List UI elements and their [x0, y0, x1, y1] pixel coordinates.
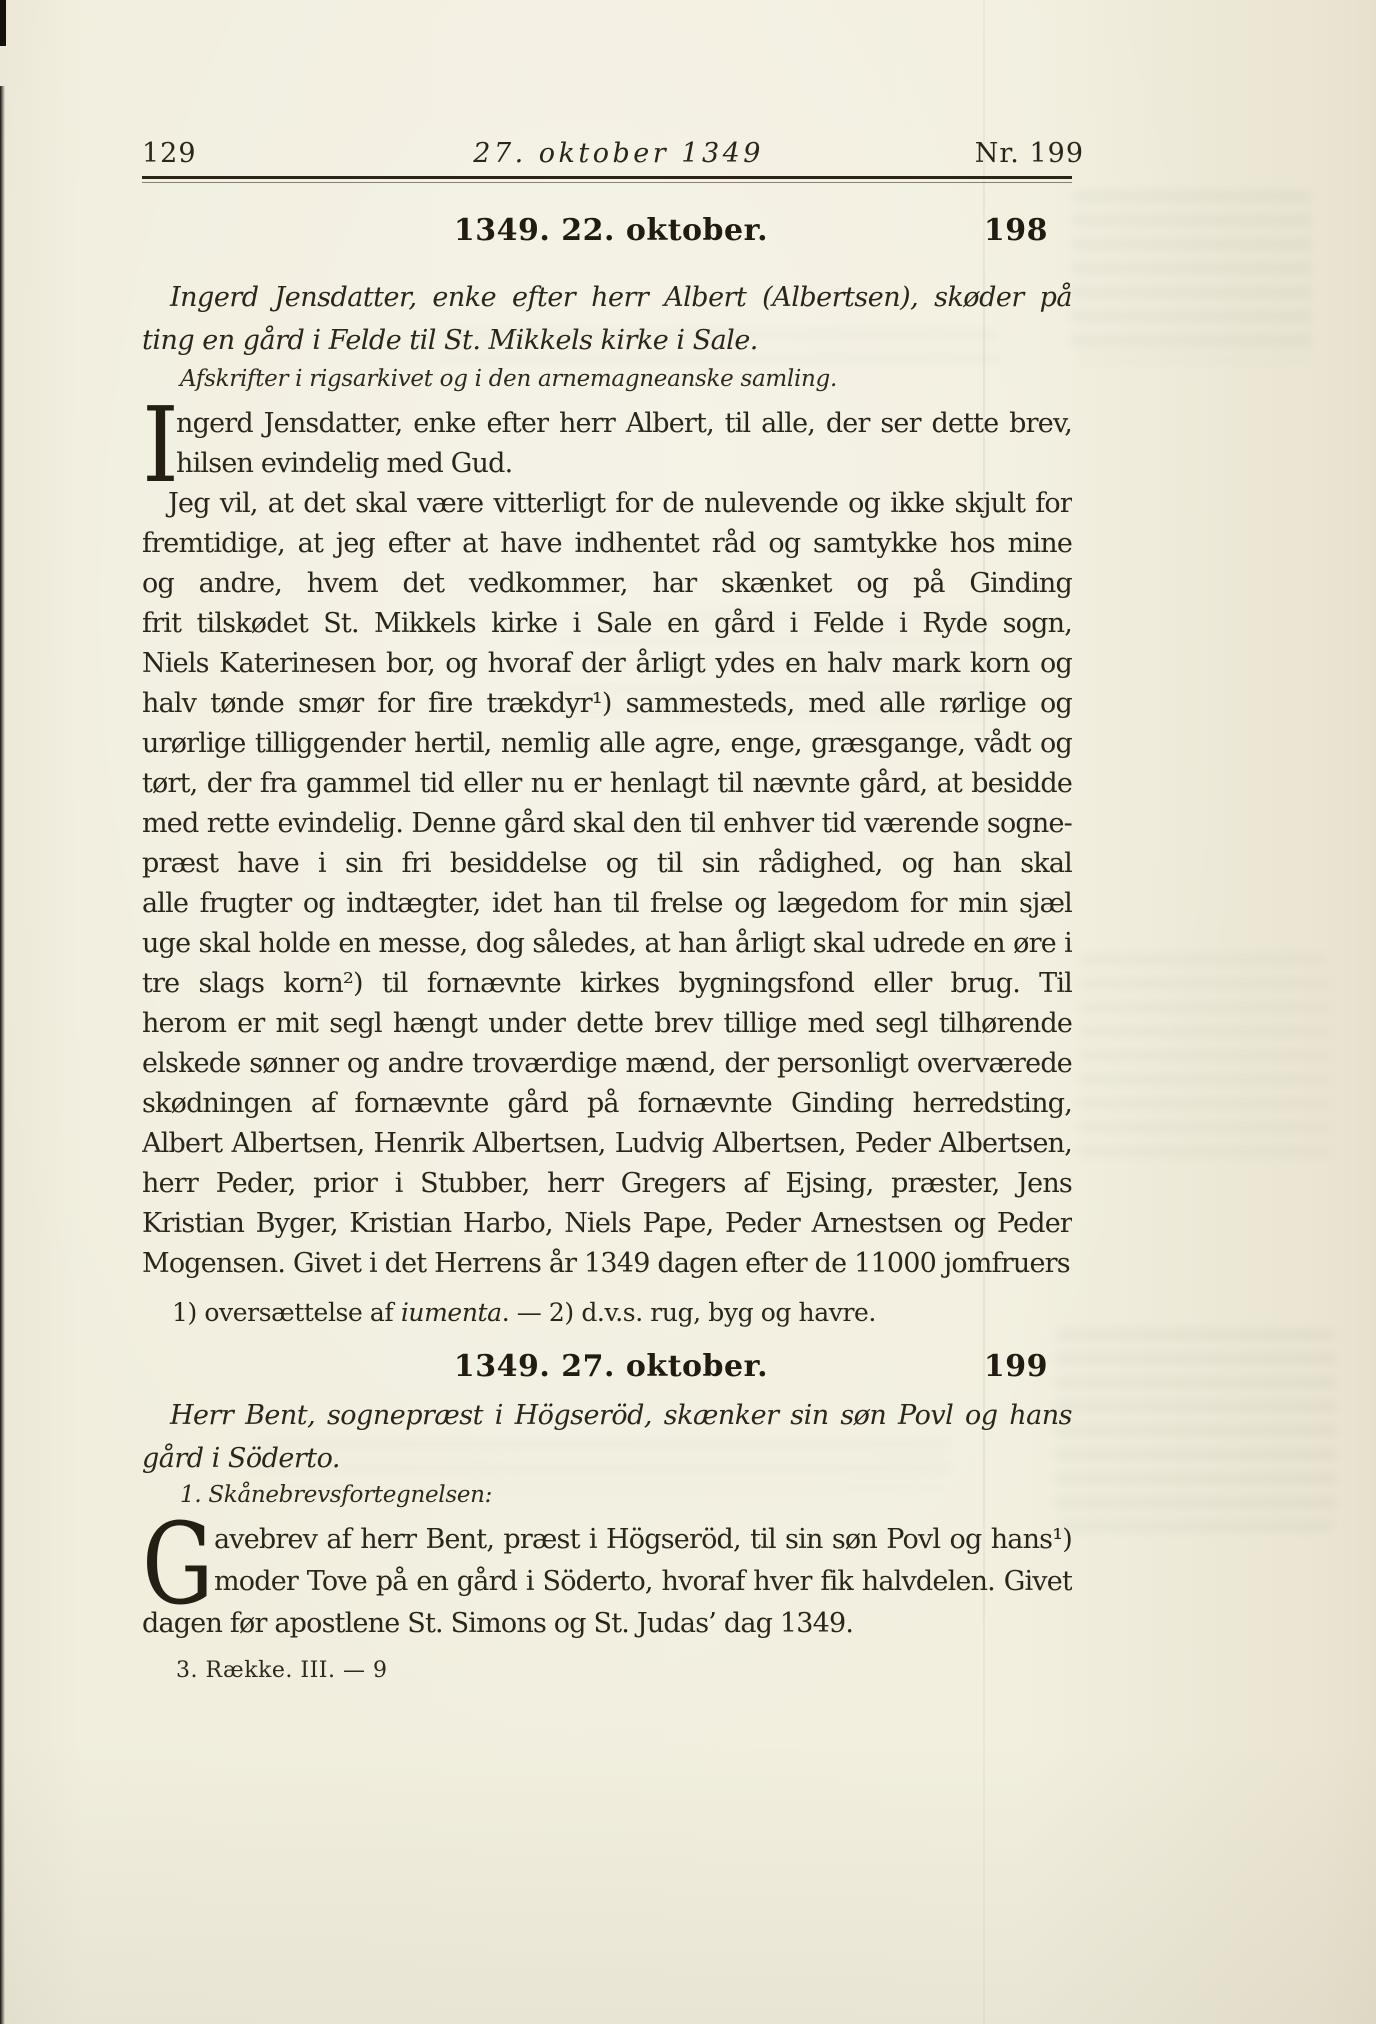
body-line: halv tønde smør for fire trækdyr¹) samme…: [142, 684, 1072, 724]
book-page-scan: 129 27. oktober 1349 Nr. 199 1349. 22. o…: [0, 0, 1376, 2024]
summary-line: gård i Söderto.: [142, 1437, 1072, 1480]
body-line: Kristian Byger, Kristian Harbo, Niels Pa…: [142, 1204, 1072, 1244]
body-line: hilsen evindelig med Gud.: [142, 444, 1072, 484]
body-line: herr Peder, prior i Stubber, herr Greger…: [142, 1164, 1072, 1204]
page-number: 129: [142, 138, 197, 169]
body-line: uge skal holde en messe, dog således, at…: [142, 924, 1072, 964]
body-line: elskede sønner og andre troværdige mænd,…: [142, 1044, 1072, 1084]
scan-corner-mark: [0, 0, 6, 46]
body-line: tre slags korn²) til fornævnte kirkes by…: [142, 964, 1072, 1004]
source-note: Afskrifter i rigsarkivet og i den arnema…: [142, 366, 1072, 392]
body-line: Niels Katerinesen bor, og hvoraf der årl…: [142, 644, 1072, 684]
volume-signature: 3. Række. III. — 9: [142, 1658, 1072, 1683]
body-line: herom er mit segl hængt under dette brev…: [142, 1004, 1072, 1044]
body-line: Albert Albertsen, Henrik Albertsen, Ludv…: [142, 1124, 1072, 1164]
dropcap-initial: I: [142, 404, 179, 486]
body-line: Jeg vil, at det skal være vitterligt for…: [142, 484, 1072, 524]
dropcap-initial: G: [142, 1521, 214, 1609]
source-note: 1. Skånebrevsfortegnelsen:: [142, 1482, 1072, 1508]
body-line: med rette evindelig. Denne gård skal den…: [142, 804, 1072, 844]
bleedthrough-smudge: [1055, 1330, 1335, 1530]
body-line: alle frugter og indtægter, idet han til …: [142, 884, 1072, 924]
entry-summary: Ingerd Jensdatter, enke efter herr Alber…: [142, 276, 1072, 362]
entry-date-heading: 1349. 22. oktober. 198: [142, 212, 1072, 250]
summary-line: Herr Bent, sognepræst i Högseröd, skænke…: [142, 1394, 1072, 1437]
running-header: 129 27. oktober 1349 Nr. 199: [142, 138, 1072, 174]
footnote: 1) oversættelse af iumenta. — 2) d.v.s. …: [142, 1298, 1072, 1327]
entry-body-text: G avebrev af herr Bent, præst i Högseröd…: [142, 1519, 1072, 1645]
entry-date-heading: 1349. 27. oktober. 199: [142, 1348, 1072, 1386]
header-entry-number: Nr. 199: [975, 138, 1084, 169]
body-line: moder Tove på en gård i Söderto, hvoraf …: [142, 1561, 1072, 1603]
body-line: urørlige tilliggender hertil, nemlig all…: [142, 724, 1072, 764]
body-line: ngerd Jensdatter, enke efter herr Albert…: [142, 404, 1072, 444]
header-rule: [142, 176, 1072, 179]
body-line: Mogensen. Givet i det Herrens år 1349 da…: [142, 1244, 1072, 1284]
running-title: 27. oktober 1349: [473, 138, 764, 169]
entry-summary: Herr Bent, sognepræst i Högseröd, skænke…: [142, 1394, 1072, 1480]
body-line: skødningen af fornævnte gård på fornævnt…: [142, 1084, 1072, 1124]
footnote-text: 1) oversættelse af: [172, 1298, 401, 1327]
body-line: avebrev af herr Bent, præst i Högseröd, …: [142, 1519, 1072, 1561]
body-line: tørt, der fra gammel tid eller nu er hen…: [142, 764, 1072, 804]
footnote-latin-term: iumenta: [401, 1298, 502, 1327]
body-line: fremtidige, at jeg efter at have indhent…: [142, 524, 1072, 564]
body-line: præst have i sin fri besiddelse og til s…: [142, 844, 1072, 884]
bleedthrough-smudge: [1072, 192, 1312, 362]
summary-line: ting en gård i Felde til St. Mikkels kir…: [142, 319, 1072, 362]
entry-body-text: I ngerd Jensdatter, enke efter herr Albe…: [142, 404, 1072, 1284]
header-rule-thin: [142, 182, 1072, 183]
footnote-text: . — 2) d.v.s. rug, byg og havre.: [502, 1298, 876, 1327]
body-line: dagen før apostlene St. Simons og St. Ju…: [142, 1603, 1072, 1645]
entry-date: 1349. 27. oktober.: [454, 1349, 768, 1384]
scan-edge-shadow: [0, 86, 5, 2024]
body-line: frit tilskødet St. Mikkels kirke i Sale …: [142, 604, 1072, 644]
entry-number: 199: [984, 1348, 1048, 1386]
body-line: og andre, hvem det vedkommer, har skænke…: [142, 564, 1072, 604]
entry-date: 1349. 22. oktober.: [454, 213, 768, 248]
entry-number: 198: [984, 212, 1048, 250]
summary-line: Ingerd Jensdatter, enke efter herr Alber…: [142, 276, 1072, 319]
bleedthrough-smudge: [1078, 955, 1328, 1165]
